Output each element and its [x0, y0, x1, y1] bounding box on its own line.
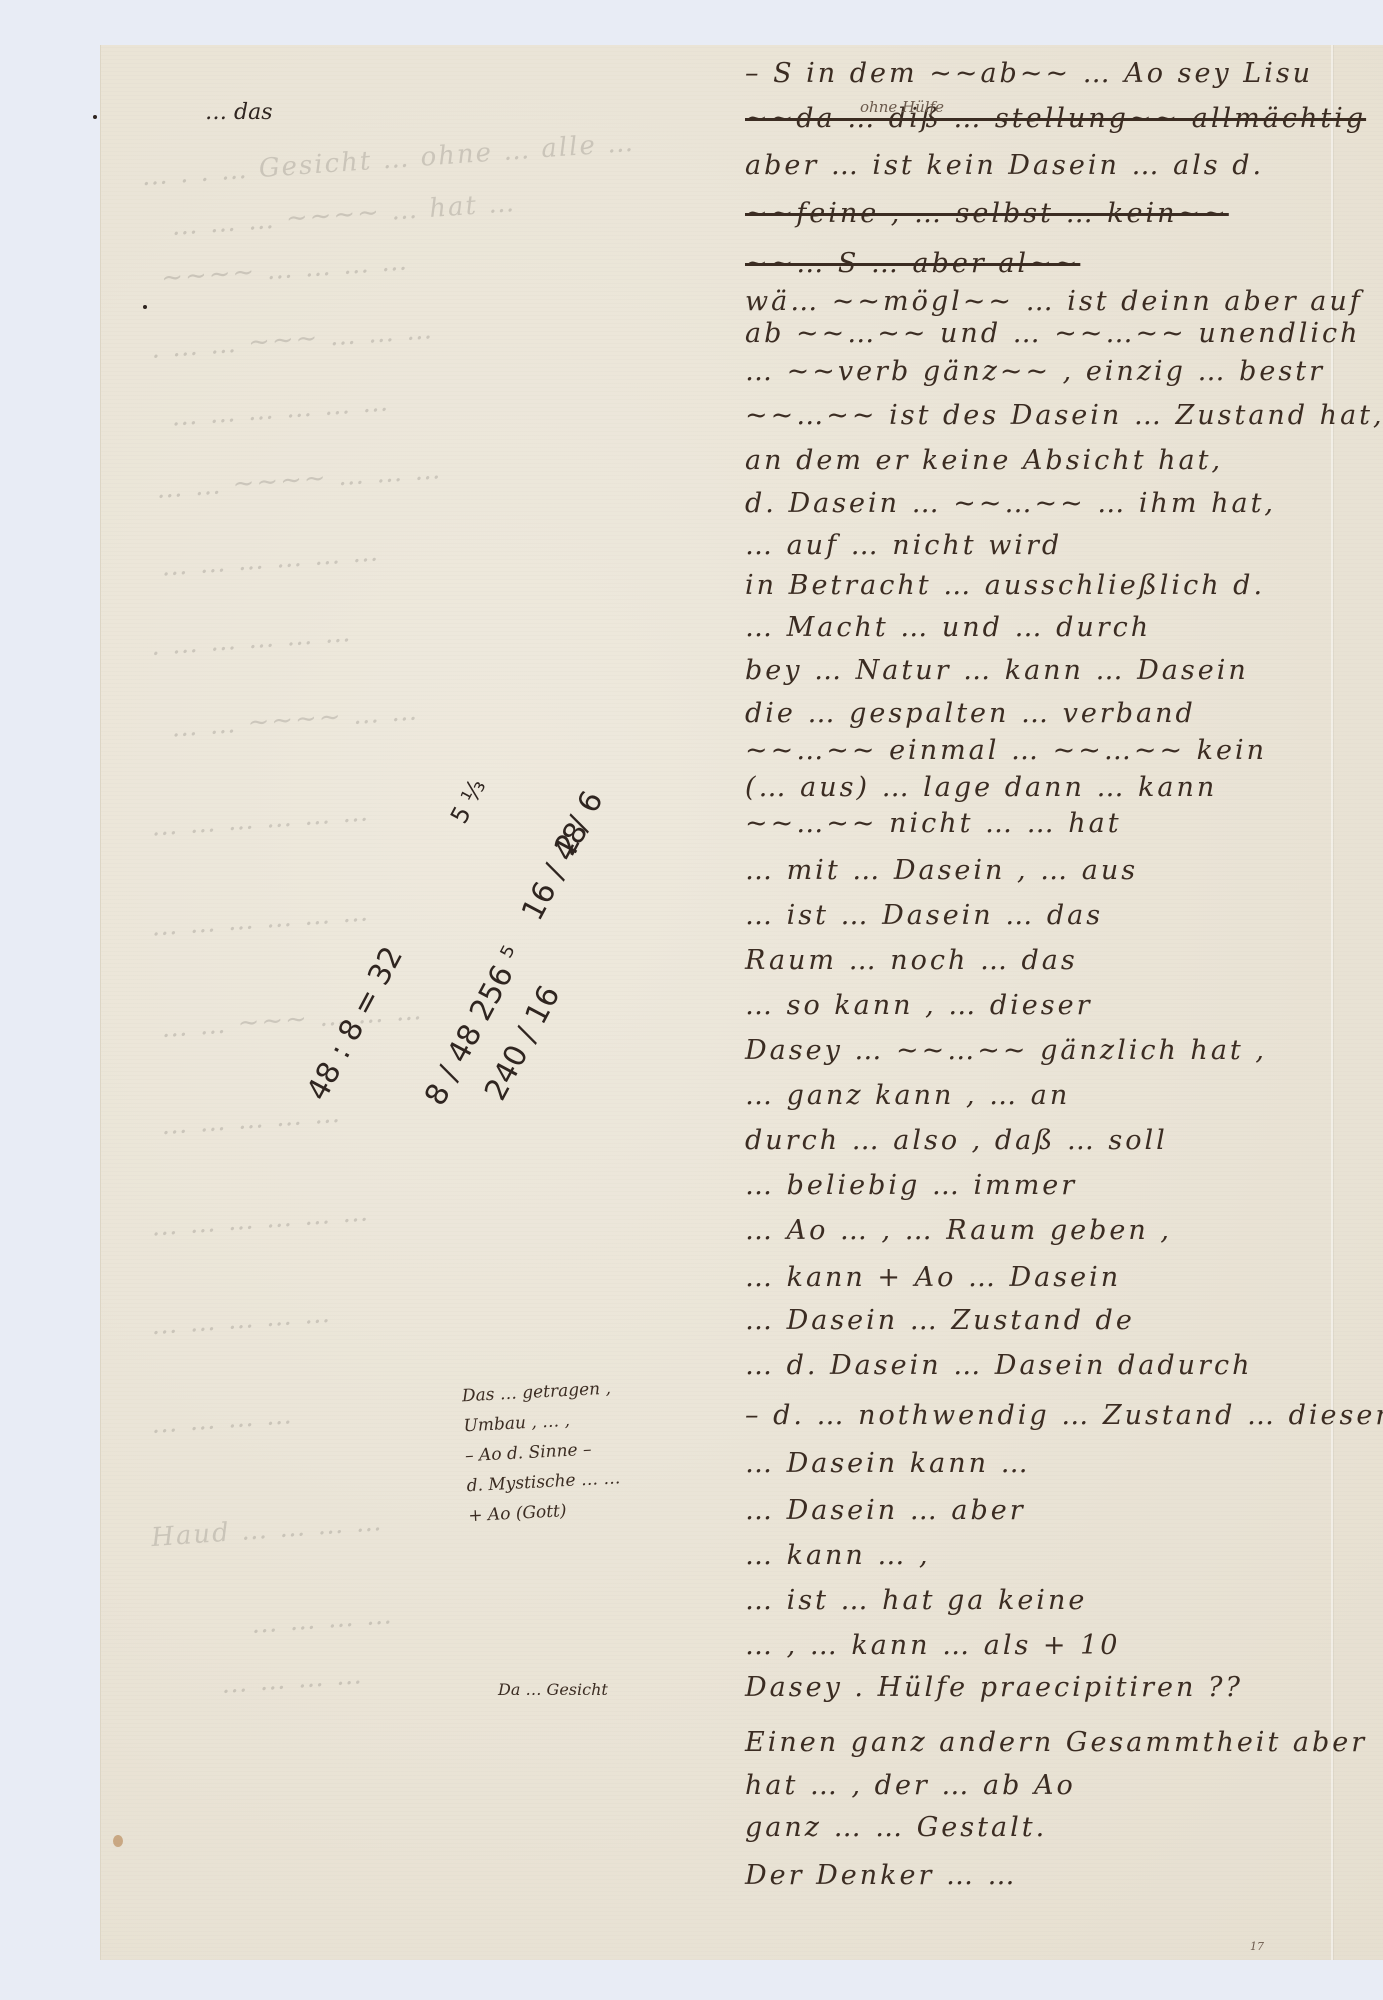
text-line: … Dasein … aber — [745, 1495, 1026, 1526]
text-line: … mit … Dasein , … aus — [745, 855, 1138, 886]
bleed-through-text: … … ~~~~ … … — [170, 696, 420, 743]
text-line: Der Denker … … — [745, 1860, 1018, 1891]
bleed-through-text: … … … ~~~~ … hat … — [170, 188, 517, 242]
text-line: … d. Dasein … Dasein dadurch — [745, 1350, 1252, 1381]
text-line: in Betracht … ausschließlich d. — [745, 570, 1265, 601]
text-line: … ist … Dasein … das — [745, 900, 1103, 931]
text-line: … Dasein … Zustand de — [745, 1305, 1135, 1336]
text-line: – d. … nothwendig … Zustand … dieser — [745, 1400, 1383, 1431]
bleed-through-text: … … ~~~~ … … … — [155, 455, 443, 505]
text-line: aber … ist kein Dasein … als d. — [745, 150, 1264, 181]
text-line: … kann + Ao … Dasein — [745, 1262, 1121, 1293]
stain — [113, 1835, 123, 1847]
bleed-through-text: … … … … … — [150, 1299, 333, 1342]
bleed-through-text: Haud … … … … — [150, 1507, 384, 1553]
bleed-through-text: … … … … … — [160, 1099, 343, 1142]
bleed-through-text: … … … … — [150, 1400, 295, 1440]
ink-dot — [143, 305, 147, 309]
text-line: … Macht … und … durch — [745, 612, 1151, 643]
bleed-through-text: … … … … … … — [170, 387, 391, 432]
text-line: durch … also , daß … soll — [745, 1125, 1168, 1156]
bleed-through-text: . … … ~~~ … … … — [150, 315, 435, 365]
text-line: … beliebig … immer — [745, 1170, 1077, 1201]
text-line: ~~… S … aber al~~ — [745, 248, 1080, 279]
text-line: … auf … nicht wird — [745, 530, 1062, 561]
text-line: bey … Natur … kann … Dasein — [745, 655, 1249, 686]
text-line: d. Dasein … ~~…~~ … ihm hat, — [745, 488, 1276, 519]
bleed-through-text: … … … … — [220, 1660, 365, 1700]
text-line: … so kann , … dieser — [745, 990, 1092, 1021]
text-line: – S in dem ~~ab~~ … Ao sey Lisu — [745, 58, 1313, 89]
text-line: ~~feine , … selbst … kein~~ — [745, 198, 1229, 229]
text-line: ~~…~~ einmal … ~~…~~ kein — [745, 735, 1267, 766]
text-line: … ganz kann , … an — [745, 1080, 1070, 1111]
text-line: … ~~verb gänz~~ , einzig … bestr — [745, 356, 1325, 387]
text-line: … kann … , — [745, 1540, 931, 1571]
text-line: ganz … … Gestalt. — [745, 1812, 1047, 1843]
text-line: hat … , der … ab Ao — [745, 1770, 1076, 1801]
corner-mark: 17 — [1250, 1940, 1264, 1953]
bleed-through-text: … . . … Gesicht … ohne … alle … — [141, 128, 636, 192]
marginal-note: Das … getragen , Umbau , … , – Ao d. Sin… — [461, 1369, 709, 1531]
bleed-through-text: . … … … … … — [150, 618, 353, 662]
text-line: ab ~~…~~ und … ~~…~~ unendlich — [745, 318, 1361, 349]
text-line: … Dasein kann … — [745, 1448, 1031, 1479]
text-line: an dem er keine Absicht hat, — [745, 445, 1223, 476]
text-line: ~~da … diß … stellung~~ allmächtig — [745, 103, 1366, 134]
bleed-through-text: … … … … … … — [150, 897, 371, 942]
text-line: Dasey … ~~…~~ gänzlich hat , — [745, 1035, 1267, 1066]
bleed-through-text: … … … … … … — [160, 537, 381, 582]
text-line: (… aus) … lage dann … kann — [745, 772, 1217, 803]
marginal-note-2: Da … Gesicht — [498, 1680, 608, 1699]
text-line: … , … kann … als + 10 — [745, 1630, 1120, 1661]
text-line: Einen ganz andern Gesammtheit aber — [745, 1727, 1367, 1758]
bleed-through-text: … … … … … … — [150, 1197, 371, 1242]
text-line: ~~…~~ nicht … … hat — [745, 808, 1122, 839]
marginal-fragment: … das — [205, 100, 272, 125]
marginal-fragment: ohne Hülfe — [860, 98, 944, 116]
bleed-through-text: ~~~~ … … … … — [160, 246, 410, 293]
text-line: Dasey . Hülfe praecipitiren ?? — [745, 1672, 1243, 1703]
text-line: die … gespalten … verband — [745, 698, 1196, 729]
text-line: Raum … noch … das — [745, 945, 1078, 976]
ink-dot — [93, 115, 97, 119]
text-line: ~~…~~ ist des Dasein … Zustand hat, — [745, 400, 1383, 431]
text-line: wä… ~~mögl~~ … ist deinn aber auf — [745, 286, 1363, 317]
text-line: … Ao … , … Raum geben , — [745, 1215, 1172, 1246]
bleed-through-text: … … … … — [250, 1600, 395, 1640]
text-line: … ist … hat ga keine — [745, 1585, 1087, 1616]
bleed-through-text: … … … … … … — [150, 797, 371, 842]
